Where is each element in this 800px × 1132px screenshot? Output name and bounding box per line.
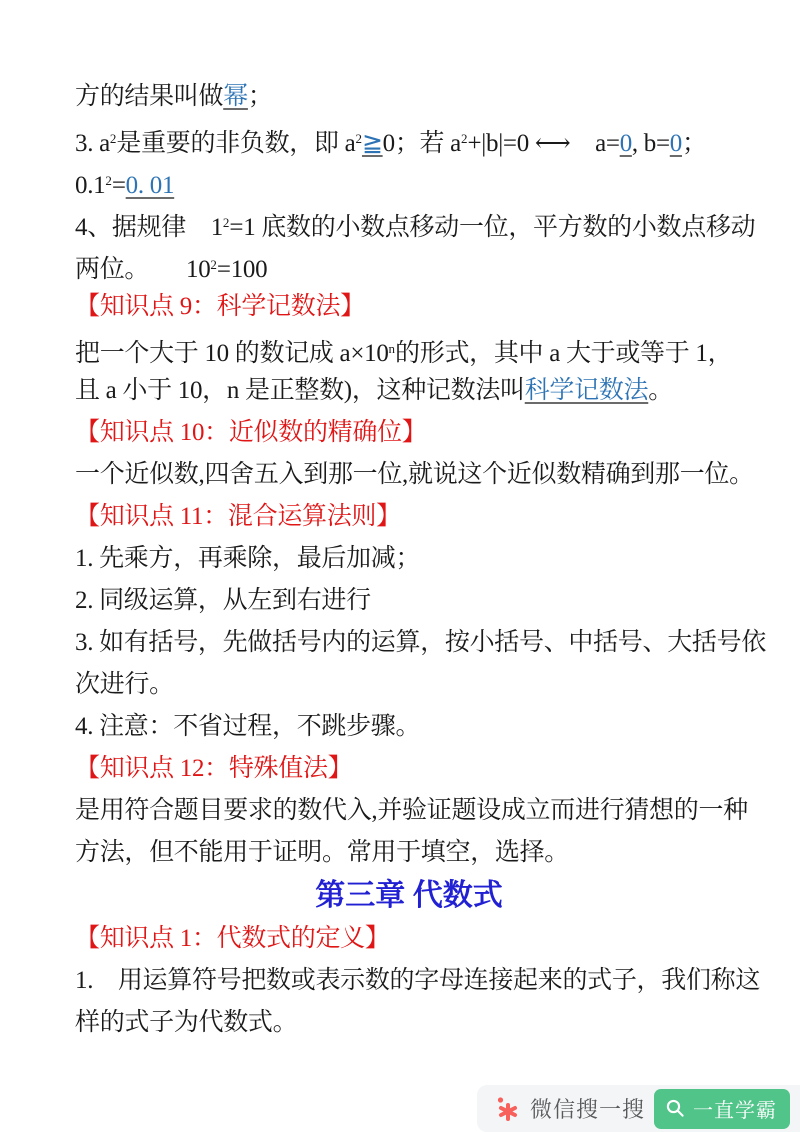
text-run: 0；若 a <box>383 130 461 157</box>
search-account-label: 一直学霸 <box>693 1094 777 1123</box>
wechat-search-label: 微信搜一搜 <box>530 1093 645 1124</box>
text-line: 两位。 102=100 <box>75 244 743 286</box>
heading-text: 【知识点 11：混合运算法则】 <box>75 503 401 530</box>
document-body: 方的结果叫做幂； 3. a2是重要的非负数，即 a2≧0；若 a2+|b|=0 … <box>75 76 743 1044</box>
heading-text: 【知识点 12：特殊值法】 <box>75 755 352 782</box>
text-run: 3. 如有括号，先做括号内的运算，按小括号、中括号、大括号依 <box>75 629 766 656</box>
text-line: 4. 注意：不省过程，不跳步骤。 <box>75 706 743 748</box>
text-run: ； <box>682 130 707 157</box>
text-line: 方法，但不能用于证明。常用于填空，选择。 <box>75 832 743 874</box>
text-line: 次进行。 <box>75 664 743 706</box>
knowledge-point-heading: 【知识点 9：科学记数法】 <box>75 286 743 328</box>
text-run: ； <box>248 83 273 110</box>
text-run: 次进行。 <box>75 671 174 698</box>
text-line: 2. 同级运算，从左到右进行 <box>75 580 743 622</box>
knowledge-point-heading: 【知识点 1：代数式的定义】 <box>75 918 743 960</box>
text-run: = <box>112 172 126 199</box>
text-line: 1. 先乘方，再乘除，最后加减； <box>75 538 743 580</box>
text-line: 方的结果叫做幂； <box>75 76 743 118</box>
wechat-search-logo-icon <box>494 1095 521 1122</box>
text-run: 4. 注意：不省过程，不跳步骤。 <box>75 713 420 740</box>
wechat-search-watermark: 微信搜一搜 一直学霸 <box>477 1085 800 1132</box>
text-run: 1. 先乘方，再乘除，最后加减； <box>75 545 420 572</box>
chapter-title-text: 第三章 代数式 <box>315 879 503 912</box>
text-run: 两位。 10 <box>75 256 210 283</box>
text-line: 是用符合题目要求的数代入,并验证题设成立而进行猜想的一种 <box>75 790 743 832</box>
text-run: 方的结果叫做 <box>75 83 223 110</box>
text-run: 方法，但不能用于证明。常用于填空，选择。 <box>75 839 569 866</box>
text-run: 。 <box>648 377 673 404</box>
heading-text: 【知识点 9：科学记数法】 <box>75 293 365 320</box>
text-line: 把一个大于 10 的数记成 a×10n的形式，其中 a 大于或等于 1， <box>75 328 743 370</box>
answer-link[interactable]: 科学记数法 <box>525 377 649 404</box>
knowledge-point-heading: 【知识点 12：特殊值法】 <box>75 748 743 790</box>
text-run: 1. 用运算符号把数或表示数的字母连接起来的式子，我们称这 <box>75 967 760 994</box>
answer-link[interactable]: ≧ <box>362 130 383 157</box>
text-run: 0.1 <box>75 172 105 199</box>
text-run: =100 <box>217 256 267 283</box>
text-line: 一个近似数,四舍五入到那一位,就说这个近似数精确到那一位。 <box>75 454 743 496</box>
text-run: +|b|=0 ⟷ a= <box>467 130 619 157</box>
knowledge-point-heading: 【知识点 10：近似数的精确位】 <box>75 412 743 454</box>
text-run: 是用符合题目要求的数代入,并验证题设成立而进行猜想的一种 <box>75 797 748 824</box>
knowledge-point-heading: 【知识点 11：混合运算法则】 <box>75 496 743 538</box>
text-line: 0.12=0. 01 <box>75 160 743 202</box>
text-run: 样的式子为代数式。 <box>75 1009 297 1036</box>
answer-link[interactable]: 0 <box>670 130 682 157</box>
text-line: 样的式子为代数式。 <box>75 1002 743 1044</box>
text-line: 1. 用运算符号把数或表示数的字母连接起来的式子，我们称这 <box>75 960 743 1002</box>
text-run: 把一个大于 10 的数记成 a×10 <box>75 340 389 367</box>
text-run: 4、据规律 1 <box>75 214 223 241</box>
text-run: 2. 同级运算，从左到右进行 <box>75 587 371 614</box>
answer-link[interactable]: 0 <box>620 130 632 157</box>
text-run: 的形式，其中 a 大于或等于 1， <box>395 340 732 367</box>
text-line: 3. 如有括号，先做括号内的运算，按小括号、中括号、大括号依 <box>75 622 743 664</box>
text-run: 且 a 小于 10，n 是正整数)，这种记数法叫 <box>75 377 525 404</box>
text-run: 是重要的非负数，即 a <box>116 130 355 157</box>
search-account-button[interactable]: 一直学霸 <box>654 1089 790 1129</box>
heading-text: 【知识点 1：代数式的定义】 <box>75 925 390 952</box>
text-run: 一个近似数,四舍五入到那一位,就说这个近似数精确到那一位。 <box>75 461 754 488</box>
chapter-title: 第三章 代数式 <box>75 874 743 918</box>
heading-text: 【知识点 10：近似数的精确位】 <box>75 419 426 446</box>
answer-link[interactable]: 幂 <box>223 83 248 110</box>
text-run: =1 底数的小数点移动一位，平方数的小数点移动 <box>229 214 755 241</box>
text-run: 3. a <box>75 130 110 157</box>
text-line: 4、据规律 12=1 底数的小数点移动一位，平方数的小数点移动 <box>75 202 743 244</box>
text-run: , b= <box>632 130 670 157</box>
text-line: 且 a 小于 10，n 是正整数)，这种记数法叫科学记数法。 <box>75 370 743 412</box>
text-line: 3. a2是重要的非负数，即 a2≧0；若 a2+|b|=0 ⟷ a=0, b=… <box>75 118 743 160</box>
answer-link[interactable]: 0. 01 <box>126 172 175 199</box>
search-icon <box>665 1098 686 1119</box>
